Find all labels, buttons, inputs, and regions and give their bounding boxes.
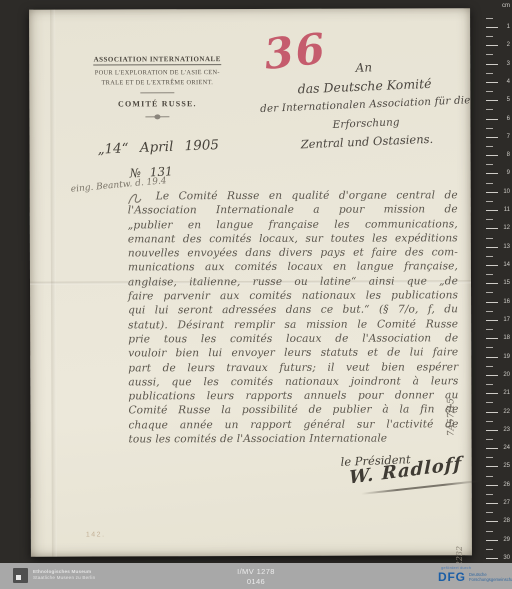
body-line: Le Comité Russe en qualité d'organe cent…	[128, 188, 458, 203]
letter-body: Le Comité Russe en qualité d'organe cent…	[128, 188, 459, 446]
ruler-tick-label: 26	[496, 482, 510, 488]
ruler-tick	[486, 329, 493, 330]
ruler-tick-label: 1	[496, 24, 510, 30]
margin-note-bottom: 2232	[455, 518, 464, 566]
body-line: qui lui seront adressées dans ce but.“ (…	[128, 303, 458, 318]
ruler-tick	[486, 494, 493, 495]
ruler-tick-label: 19	[496, 354, 510, 360]
ruler-tick-label: 2	[496, 42, 510, 48]
image-sequence-number: 0146	[156, 577, 356, 587]
body-line: „publier en langue française les communi…	[128, 217, 458, 232]
scanned-letter-page: 36 ASSOCIATION INTERNATIONALE POUR L'EXP…	[29, 8, 472, 557]
letterhead-subtitle-1: POUR L'EXPLORATION DE L'ASIE CEN-	[87, 69, 227, 76]
object-identifier: I/MV 1278 0146	[156, 567, 356, 586]
ruler-tick	[486, 347, 493, 348]
ruler-tick	[486, 219, 493, 220]
ruler-tick-label: 16	[496, 299, 510, 305]
body-line: emanant des comités locaux, sur toutes l…	[128, 231, 458, 246]
ruler-tick	[486, 238, 493, 239]
body-line: prie tous les comités locaux de l'Associ…	[128, 331, 458, 346]
ruler-tick-label: 5	[496, 97, 510, 103]
body-line: aussi, que les comités nationaux joindro…	[128, 374, 458, 389]
ruler-tick	[486, 18, 493, 19]
museum-logo-icon	[13, 568, 28, 583]
body-line: chaque année un rapport général sur l'ac…	[128, 417, 458, 432]
ruler-tick-label: 27	[496, 500, 510, 506]
body-line: munications aux comités locaux en langue…	[128, 260, 458, 275]
ruler-tick-label: 3	[496, 61, 510, 67]
ruler-tick-label: 30	[496, 555, 510, 561]
ruler-tick-label: 25	[496, 463, 510, 469]
ruler-tick-label: 11	[496, 207, 510, 213]
ruler-tick	[486, 366, 493, 367]
body-line: publications leurs rapports annuels pour…	[128, 388, 458, 403]
ruler-tick	[486, 36, 493, 37]
ruler-tick	[486, 128, 493, 129]
ruler-tick	[486, 421, 493, 422]
body-line: faire parvenir aux comités nationaux les…	[128, 288, 458, 303]
ruler-tick	[486, 109, 493, 110]
letterhead: ASSOCIATION INTERNATIONALE POUR L'EXPLOR…	[87, 55, 227, 117]
ornament-divider	[145, 116, 169, 117]
ruler-tick	[486, 476, 493, 477]
body-line: statut). Désirant remplir sa mission le …	[128, 317, 458, 332]
ruler-tick-label: 15	[496, 280, 510, 286]
ruler-tick-label: 28	[496, 518, 510, 524]
ruler-tick-label: 13	[496, 244, 510, 250]
letterhead-subtitle-2: TRALE ET DE L'EXTRÊME ORIENT.	[87, 79, 227, 86]
body-line: Comité Russe la possibilité de publier à…	[128, 403, 458, 418]
ruler-tick-label: 8	[496, 152, 510, 158]
letterhead-committee: COMITÉ RUSSE.	[87, 99, 227, 108]
ruler-tick	[486, 531, 493, 532]
dfg-full-name: Deutsche Forschungsgemeinschaft	[469, 572, 512, 583]
ruler-tick-label: 12	[496, 225, 510, 231]
ruler-tick-label: 17	[496, 317, 510, 323]
dfg-logo: DFG	[438, 570, 466, 584]
ruler-tick	[486, 311, 493, 312]
ruler: cm 1234567891011121314151617181920212223…	[480, 0, 512, 563]
ruler-tick-label: 6	[496, 116, 510, 122]
handwritten-address-block: An das Deutsche Komité der International…	[250, 54, 482, 156]
ruler-tick-label: 10	[496, 189, 510, 195]
letterhead-rule	[140, 92, 174, 93]
museum-credit: Ethnologisches Museum Staatliche Museen …	[33, 569, 95, 581]
faint-page-stamp: 142.	[86, 532, 106, 539]
ruler-tick	[486, 256, 493, 257]
ruler-tick	[486, 457, 493, 458]
ruler-tick	[486, 91, 493, 92]
body-line: l'Association Internationale a pour miss…	[128, 203, 458, 218]
ruler-tick	[486, 512, 493, 513]
digitization-footer-bar: Ethnologisches Museum Staatliche Museen …	[0, 563, 512, 589]
margin-note-vertical: 7A57/15	[446, 344, 456, 436]
ruler-tick-label: 24	[496, 445, 510, 451]
ruler-tick-label: 7	[496, 134, 510, 140]
ruler-tick-label: 29	[496, 537, 510, 543]
ruler-tick	[486, 164, 493, 165]
ruler-tick-label: 14	[496, 262, 510, 268]
body-line: part de leurs travaux futurs; il veut bi…	[128, 360, 458, 375]
ruler-tick-label: 9	[496, 170, 510, 176]
ruler-tick-label: 22	[496, 409, 510, 415]
ruler-tick-label: 23	[496, 427, 510, 433]
ruler-tick	[486, 146, 493, 147]
museum-parent-org: Staatliche Museen zu Berlin	[33, 575, 95, 581]
ruler-tick-label: 21	[496, 390, 510, 396]
ruler-tick	[486, 183, 493, 184]
ruler-tick-label: 20	[496, 372, 510, 378]
handwritten-date: „14“ April 1905	[97, 137, 219, 158]
ruler-tick	[486, 292, 493, 293]
ruler-tick	[486, 439, 493, 440]
body-line: nouvelles envoyées dans divers pays et f…	[128, 245, 458, 260]
ruler-tick	[486, 54, 493, 55]
ruler-unit-label: cm	[496, 3, 510, 9]
body-line: tous les comités de l'Association Intern…	[129, 431, 459, 446]
ruler-tick	[486, 73, 493, 74]
ruler-tick-label: 4	[496, 79, 510, 85]
body-line: anglaise, italienne, russe ou latine“ ai…	[128, 274, 458, 289]
ruler-tick	[486, 274, 493, 275]
ruler-tick	[486, 549, 493, 550]
inventory-number: I/MV 1278	[156, 567, 356, 577]
ruler-tick	[486, 402, 493, 403]
ruler-tick	[486, 201, 493, 202]
ruler-tick	[486, 384, 493, 385]
ruler-tick-label: 18	[496, 335, 510, 341]
body-line: vouloir bien lui envoyer leurs statuts e…	[128, 346, 458, 361]
letterhead-title: ASSOCIATION INTERNATIONALE	[87, 55, 227, 63]
